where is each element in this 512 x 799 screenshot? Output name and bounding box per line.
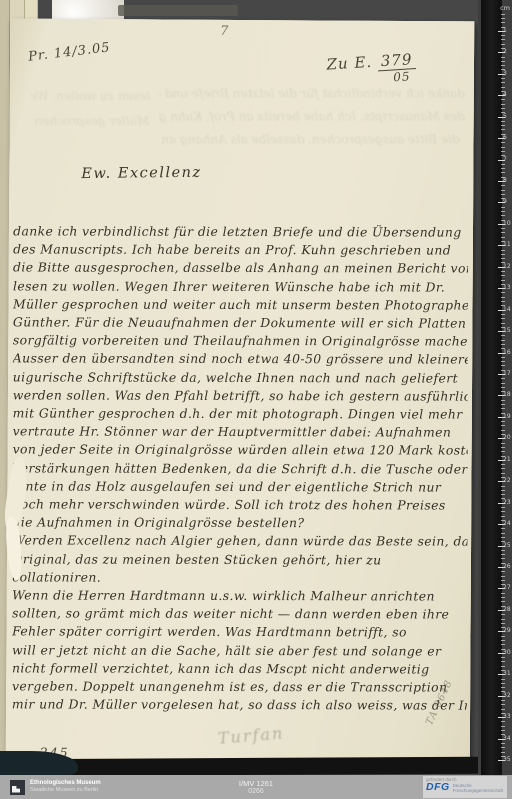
- ruler-minor-tick: [501, 743, 505, 744]
- ruler-minor-tick: [501, 314, 505, 315]
- ruler-minor-tick: [501, 250, 505, 251]
- ruler-number: 20: [503, 435, 511, 441]
- scanned-letter-view: 7 Pr. 14/3.05 Zu E. 379 05 danke ich ver…: [0, 0, 512, 799]
- letter-body: danke ich verbindlichst für die letzten …: [12, 222, 468, 715]
- ruler-number: 35: [503, 757, 511, 763]
- letter-line: lesen zu wollen. Wegen Ihrer weiteren Wü…: [13, 277, 468, 296]
- pencil-note-turfan: Turfan: [217, 723, 285, 747]
- ruler-number: 19: [503, 414, 511, 420]
- letter-line: Fehler später corrigirt werden. Was Hard…: [12, 623, 467, 642]
- ruler-minor-tick: [501, 408, 505, 409]
- ruler-minor-tick: [501, 172, 505, 173]
- ruler-number: 33: [503, 714, 511, 720]
- ruler-number: 29: [503, 628, 511, 634]
- ghost-bleedthrough: lesen zu wollen. Wegen Ihrer weiteren Wü…: [30, 89, 150, 103]
- ruler-minor-tick: [501, 425, 505, 426]
- ruler-minor-tick: [501, 679, 505, 680]
- letter-line: mir und Dr. Müller vorgelesen hat, so da…: [12, 696, 467, 715]
- ruler-minor-tick: [501, 99, 505, 100]
- ruler-minor-tick: [501, 528, 505, 529]
- ruler-minor-tick: [501, 614, 505, 615]
- ruler-minor-tick: [501, 44, 505, 45]
- ruler-number: 24: [503, 521, 511, 527]
- ruler-minor-tick: [501, 87, 505, 88]
- letter-line: werden sollen. Was den Pfahl betrifft, s…: [13, 386, 468, 405]
- ruler-minor-tick: [501, 361, 505, 362]
- ruler-minor-tick: [501, 661, 505, 662]
- ruler-minor-tick: [501, 258, 505, 259]
- ruler-minor-tick: [501, 82, 505, 83]
- letter-line: die Bitte ausgesprochen, dasselbe als An…: [13, 259, 468, 278]
- ruler-minor-tick: [501, 207, 505, 208]
- ruler-minor-tick: [501, 576, 505, 577]
- ruler-minor-tick: [501, 228, 505, 229]
- ruler-number: 15: [503, 328, 511, 334]
- ruler-minor-tick: [501, 657, 505, 658]
- ruler-number: 27: [503, 585, 511, 591]
- ruler-number: 5: [503, 114, 511, 120]
- ruler-minor-tick: [501, 14, 505, 15]
- ruler-minor-tick: [501, 275, 505, 276]
- ruler-minor-tick: [501, 464, 505, 465]
- ruler-minor-tick: [501, 443, 505, 444]
- footer-bar: Ethnologisches Museum Staatliche Museen …: [0, 775, 512, 799]
- letter-line: nicht formell verzichtet, kann ich das M…: [12, 659, 467, 678]
- ruler-number: 7: [503, 157, 511, 163]
- letter-line: von jeder Seite in Originalgrösse würden…: [13, 441, 468, 460]
- file-reference-note: Zu E. 379 05: [326, 50, 417, 89]
- ruler-minor-tick: [501, 121, 505, 122]
- letter-line: Wenn die Herren Hardtmann u.s.w. wirklic…: [12, 586, 467, 605]
- salutation: Ew. Excellenz: [81, 165, 201, 182]
- ruler-number: 10: [503, 221, 511, 227]
- ruler-minor-tick: [501, 700, 505, 701]
- ruler-minor-tick: [501, 18, 505, 19]
- ruler-number: 14: [503, 307, 511, 313]
- ruler-number: 21: [503, 457, 511, 463]
- letter-line: uigurische Schriftstücke da, welche Ihne…: [13, 368, 468, 387]
- ruler-number: 32: [503, 693, 511, 699]
- ruler-minor-tick: [501, 730, 505, 731]
- ruler-minor-tick: [501, 142, 505, 143]
- ruler-minor-tick: [501, 623, 505, 624]
- ruler-number: 13: [503, 285, 511, 291]
- ruler-number: 16: [503, 350, 511, 356]
- document-page: 7 Pr. 14/3.05 Zu E. 379 05 danke ich ver…: [6, 19, 475, 764]
- ruler-minor-tick: [501, 747, 505, 748]
- ruler-number: 12: [503, 264, 511, 270]
- ruler-minor-tick: [501, 357, 505, 358]
- ruler-minor-tick: [501, 185, 505, 186]
- ruler-minor-tick: [501, 644, 505, 645]
- ruler-number: 8: [503, 178, 511, 184]
- ruler-minor-tick: [501, 387, 505, 388]
- ruler-minor-tick: [501, 666, 505, 667]
- ruler-unit-label: cm: [500, 4, 510, 12]
- ruler-minor-tick: [501, 335, 505, 336]
- ruler-minor-tick: [501, 558, 505, 559]
- ruler-minor-tick: [501, 511, 505, 512]
- ghost-bleedthrough: des Manuscripts. Ich habe bereits an Pro…: [160, 109, 465, 123]
- ruler-minor-tick: [501, 39, 505, 40]
- letter-line: des Manuscripts. Ich habe bereits an Pro…: [13, 241, 468, 260]
- file-reference-prefix: Zu E.: [326, 53, 373, 74]
- ruler-minor-tick: [501, 344, 505, 345]
- ruler-minor-tick: [501, 78, 505, 79]
- ruler-minor-tick: [501, 494, 505, 495]
- ruler-number: 26: [503, 564, 511, 570]
- ruler-minor-tick: [501, 232, 505, 233]
- ruler-number: 30: [503, 650, 511, 656]
- ruler-minor-tick: [501, 571, 505, 572]
- ruler-minor-tick: [501, 104, 505, 105]
- ruler-minor-tick: [501, 447, 505, 448]
- ruler-minor-tick: [501, 554, 505, 555]
- ruler-minor-tick: [501, 340, 505, 341]
- ruler-minor-tick: [501, 318, 505, 319]
- ruler-minor-tick: [501, 190, 505, 191]
- ruler-minor-tick: [501, 65, 505, 66]
- page-number: 7: [220, 24, 228, 39]
- ruler-number: 31: [503, 671, 511, 677]
- ruler-minor-tick: [501, 22, 505, 23]
- ruler-number: 9: [503, 199, 511, 205]
- letter-line: Günther. Für die Neuaufnahmen der Dokume…: [13, 313, 468, 332]
- ruler-minor-tick: [501, 365, 505, 366]
- ruler-minor-tick: [501, 486, 505, 487]
- ruler-minor-tick: [501, 516, 505, 517]
- ghost-bleedthrough: Müller gesprochen und weiter auch mit un…: [30, 114, 150, 128]
- measuring-ruler: cm 1234567891011121314151617181920212223…: [478, 0, 512, 775]
- ruler-minor-tick: [501, 108, 505, 109]
- ruler-minor-tick: [501, 709, 505, 710]
- ruler-minor-tick: [501, 297, 505, 298]
- ruler-minor-tick: [501, 597, 505, 598]
- ruler-minor-tick: [501, 35, 505, 36]
- ruler-number: 28: [503, 607, 511, 613]
- ruler-minor-tick: [501, 301, 505, 302]
- ruler-minor-tick: [501, 280, 505, 281]
- ruler-minor-tick: [501, 129, 505, 130]
- ruler-minor-tick: [501, 537, 505, 538]
- ruler-minor-tick: [501, 323, 505, 324]
- letter-line: Werden Excellenz nach Algier gehen, dann…: [12, 532, 467, 551]
- ruler-minor-tick: [501, 721, 505, 722]
- ruler-minor-tick: [501, 421, 505, 422]
- ruler-minor-tick: [501, 593, 505, 594]
- ruler-minor-tick: [501, 430, 505, 431]
- funder-name: Deutsche Forschungsgemeinschaft: [453, 783, 503, 793]
- letter-line: Verstärkungen hätten Bedenken, da die Sc…: [13, 459, 468, 478]
- ruler-minor-tick: [501, 683, 505, 684]
- ruler-minor-tick: [501, 752, 505, 753]
- ruler-number: 1: [503, 28, 511, 34]
- letter-line: vertraute Hr. Stönner war der Hauptvermi…: [13, 423, 468, 442]
- letter-line: Tinte in das Holz ausgelaufen sei und de…: [12, 477, 467, 496]
- ruler-minor-tick: [501, 292, 505, 293]
- ruler-minor-tick: [501, 580, 505, 581]
- letter-line: noch mehr verschwinden würde. Soll ich t…: [12, 495, 467, 514]
- ruler-minor-tick: [501, 61, 505, 62]
- ruler-number: 6: [503, 135, 511, 141]
- ruler-number: 34: [503, 736, 511, 742]
- letter-line: danke ich verbindlichst für die letzten …: [13, 222, 468, 241]
- ruler-minor-tick: [501, 383, 505, 384]
- ruler-minor-tick: [501, 601, 505, 602]
- ruler-minor-tick: [501, 211, 505, 212]
- ruler-minor-tick: [501, 215, 505, 216]
- ruler-minor-tick: [501, 125, 505, 126]
- letter-line: Müller gesprochen und weiter auch mit un…: [13, 295, 468, 314]
- letter-line: Original, das zu meinen besten Stücken g…: [12, 550, 467, 569]
- letter-line: sollten, so grämt mich das weiter nicht …: [12, 605, 467, 624]
- ruler-minor-tick: [501, 619, 505, 620]
- ruler-minor-tick: [501, 164, 505, 165]
- letter-line: die Aufnahmen in Originalgrösse bestelle…: [12, 514, 467, 533]
- ruler-number: 17: [503, 371, 511, 377]
- dfg-logo-text: DFG: [426, 782, 450, 793]
- ghost-bleedthrough: die Bitte ausgesprochen, dasselbe als An…: [160, 132, 460, 146]
- ruler-number: 18: [503, 392, 511, 398]
- ruler-minor-tick: [501, 404, 505, 405]
- letter-line: Ausser den übersandten sind noch etwa 40…: [13, 350, 468, 369]
- ruler-minor-tick: [501, 271, 505, 272]
- ruler-number: 2: [503, 49, 511, 55]
- ruler-minor-tick: [501, 57, 505, 58]
- ruler-minor-tick: [501, 168, 505, 169]
- ruler-minor-tick: [501, 378, 505, 379]
- ruler-minor-tick: [501, 473, 505, 474]
- letter-line: sorgfältig vorbereiten und Theilaufnahme…: [13, 332, 468, 351]
- ruler-minor-tick: [501, 533, 505, 534]
- letter-line: vergeben. Doppelt unangenehm ist es, das…: [12, 677, 467, 696]
- ruler-number: 3: [503, 71, 511, 77]
- ruler-minor-tick: [501, 550, 505, 551]
- ruler-number: 11: [503, 242, 511, 248]
- ruler-minor-tick: [501, 704, 505, 705]
- ruler-minor-tick: [501, 237, 505, 238]
- ruler-minor-tick: [501, 254, 505, 255]
- ruler-minor-tick: [501, 640, 505, 641]
- ruler-minor-tick: [501, 726, 505, 727]
- letter-line: collationiren.: [12, 568, 467, 587]
- letter-line: will er jetzt nicht an die Sache, hält s…: [12, 641, 467, 660]
- ruler-number: 4: [503, 92, 511, 98]
- ruler-number: 25: [503, 543, 511, 549]
- ruler-minor-tick: [501, 687, 505, 688]
- ruler-minor-tick: [501, 507, 505, 508]
- funder-block: gefördert durch DFG Deutsche Forschungsg…: [423, 776, 507, 798]
- ruler-minor-tick: [501, 400, 505, 401]
- file-reference-numerator: 379: [377, 50, 416, 71]
- ruler-number: 23: [503, 500, 511, 506]
- ruler-minor-tick: [501, 151, 505, 152]
- ghost-bleedthrough: danke ich verbindlichst für die letzten …: [160, 86, 465, 100]
- ruler-minor-tick: [501, 147, 505, 148]
- letter-line: mit Günther gesprochen d.h. der mit phot…: [13, 404, 468, 423]
- ruler-minor-tick: [501, 468, 505, 469]
- ruler-minor-tick: [501, 636, 505, 637]
- received-stamp-note: Pr. 14/3.05: [27, 40, 111, 64]
- ruler-minor-tick: [501, 194, 505, 195]
- ruler-minor-tick: [501, 451, 505, 452]
- ruler-minor-tick: [501, 490, 505, 491]
- ruler-number: 22: [503, 478, 511, 484]
- under-sheet-edge: [118, 5, 238, 16]
